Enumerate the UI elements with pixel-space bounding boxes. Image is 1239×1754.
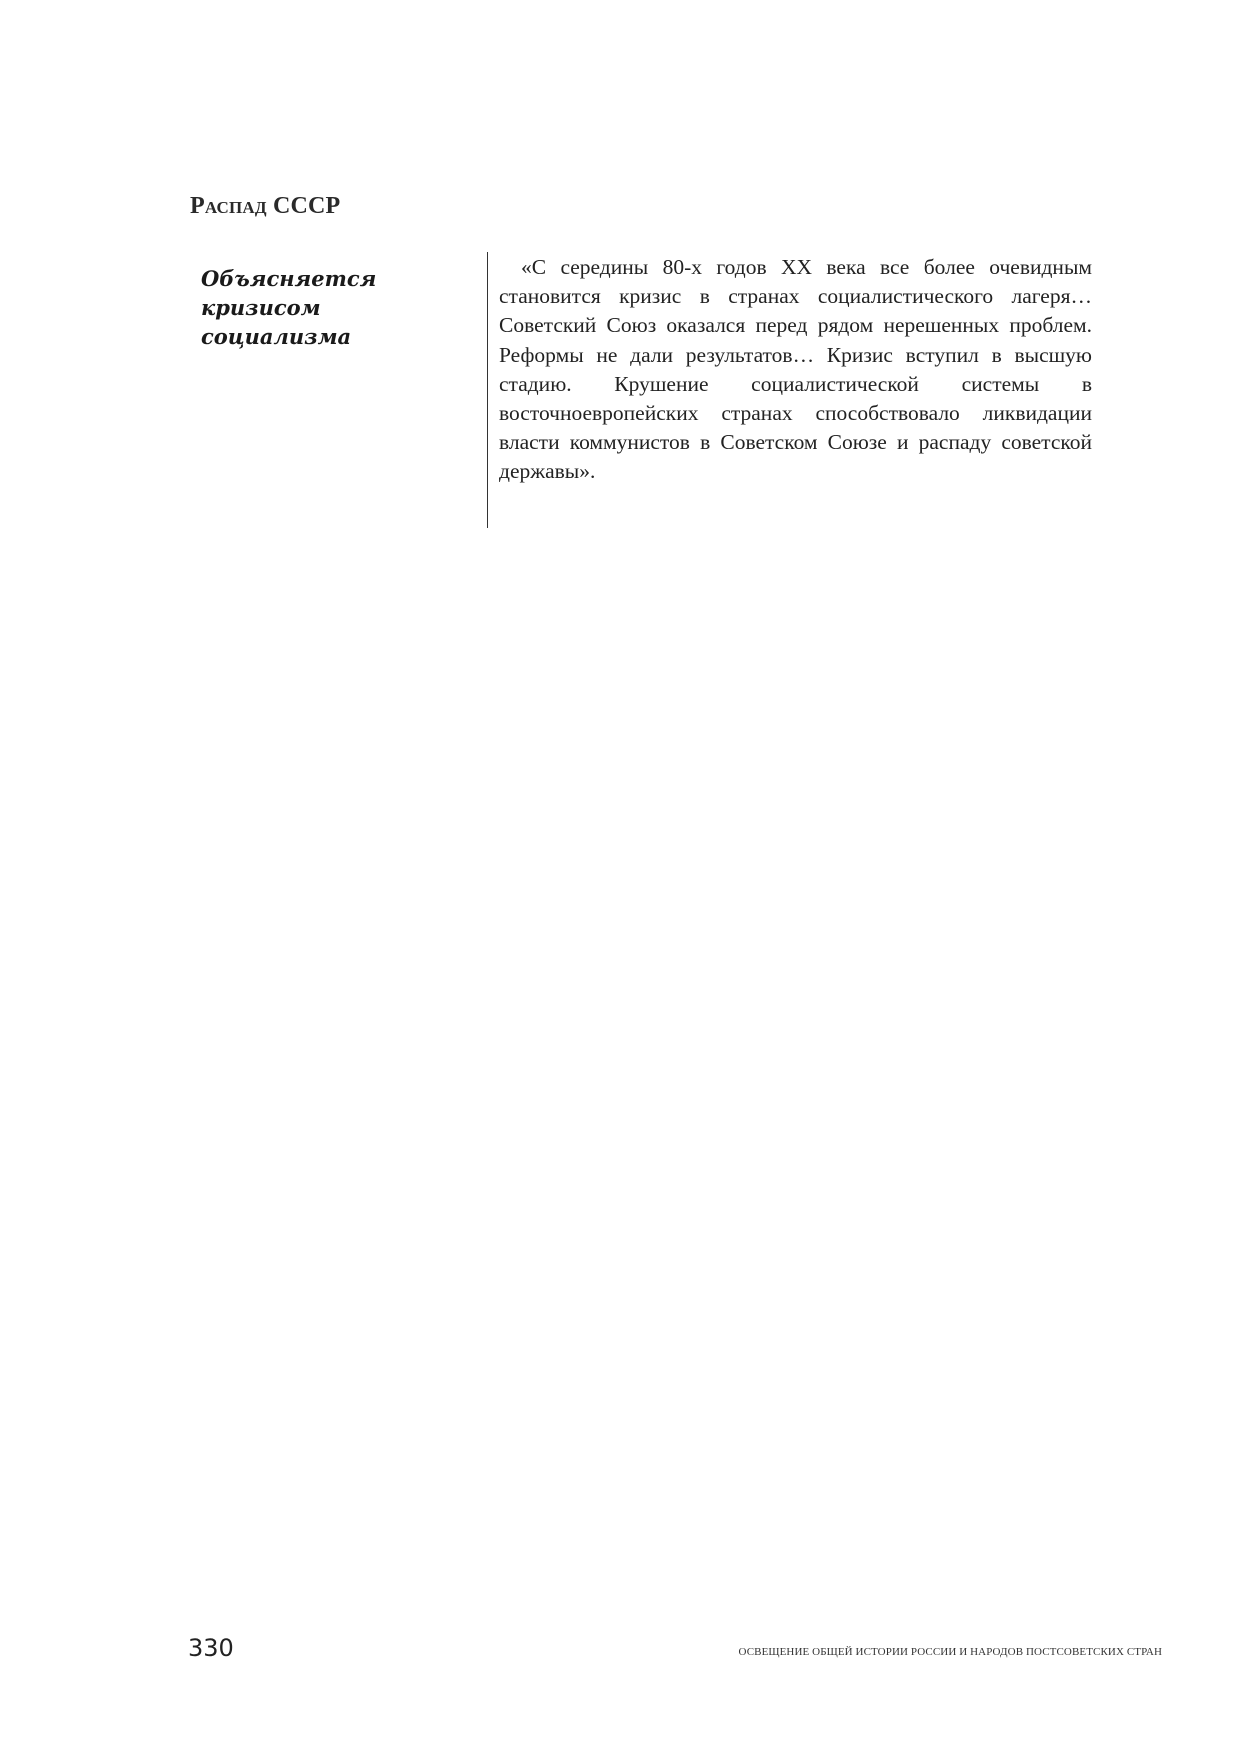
page-number: 330 [188,1634,234,1662]
section-title: Распад СССР [190,193,340,220]
entry-quote: «С середины 80-х годов XX века все более… [499,253,1092,487]
entry-label: Объясняется кризисом социализма [201,264,471,351]
column-divider [487,252,488,528]
running-footer: Освещение общей истории России и народов… [739,1646,1162,1658]
